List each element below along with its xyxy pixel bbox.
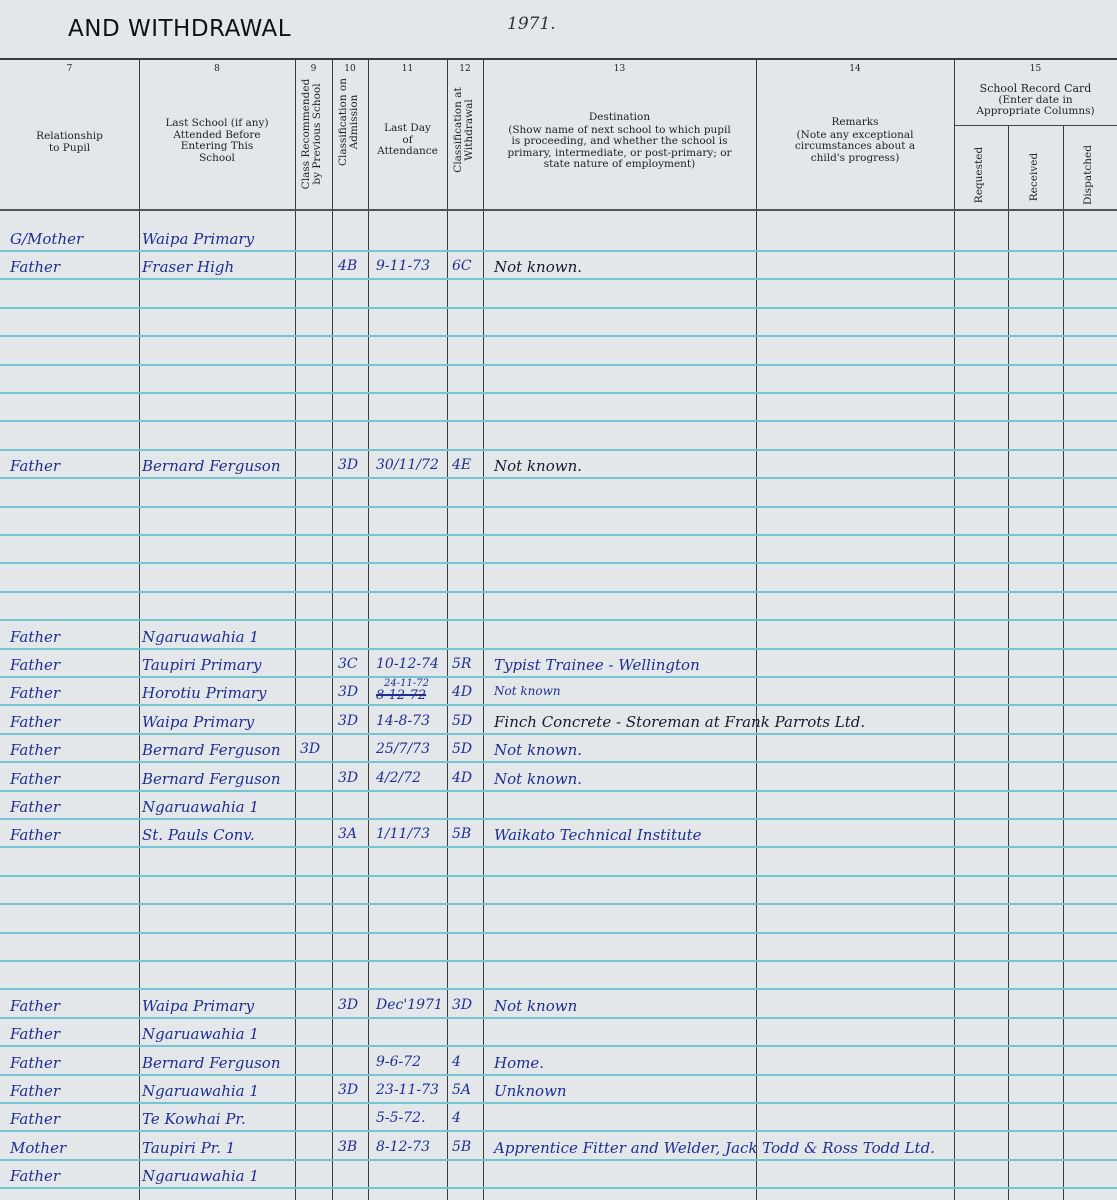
entry-last-day: 1/11/73 xyxy=(376,826,430,842)
ruled-line xyxy=(0,960,1117,962)
entry-last-school: Ngaruawahia 1 xyxy=(142,628,259,646)
entry-last-day: 4/2/72 xyxy=(376,770,421,786)
column-divider xyxy=(368,60,369,1200)
entry-relationship: Father xyxy=(10,741,60,759)
entry-class-withdrawal: 5B xyxy=(452,826,471,842)
header-line: Appropriate Columns) xyxy=(954,106,1117,118)
header-line: by Previous School xyxy=(312,67,323,201)
entry-relationship: Father xyxy=(10,798,60,816)
entry-class-withdrawal: 6C xyxy=(452,258,472,274)
entry-last-day: 24-11-72 xyxy=(384,678,429,689)
entry-class-recommended: 3D xyxy=(300,741,320,757)
header-line: School xyxy=(139,153,295,165)
entry-last-school: Taupiri Pr. 1 xyxy=(142,1139,235,1157)
header-line: Last School (if any) xyxy=(139,118,295,130)
entry-destination: Not known xyxy=(494,997,577,1015)
entry-last-day: 23-11-73 xyxy=(376,1082,439,1098)
header-line: circumstances about a xyxy=(756,141,954,153)
entry-destination: Not known. xyxy=(494,258,582,276)
ruled-line xyxy=(0,875,1117,877)
entry-destination: Apprentice Fitter and Welder, Jack Todd … xyxy=(494,1139,935,1157)
entry-last-school: Ngaruawahia 1 xyxy=(142,1025,259,1043)
column-number-14: 14 xyxy=(756,64,954,74)
entry-last-day-struck: 8-12-72 xyxy=(376,688,426,703)
ruled-line xyxy=(0,704,1117,706)
entry-last-day: 8-12-73 xyxy=(376,1139,430,1155)
entry-class-admission: 4B xyxy=(338,258,357,274)
column-number-11: 11 xyxy=(368,64,447,74)
ruled-line xyxy=(0,818,1117,820)
record-card-subheader-rule xyxy=(955,125,1117,126)
header-last-day: Last Day of Attendance xyxy=(368,123,447,158)
ruled-line xyxy=(0,1102,1117,1104)
header-received: Received xyxy=(1029,145,1043,209)
ruled-line xyxy=(0,534,1117,536)
entry-last-school: Horotiu Primary xyxy=(142,684,266,702)
entry-class-admission: 3D xyxy=(338,457,358,473)
entry-last-school: Waipa Primary xyxy=(142,230,254,248)
entry-relationship: Father xyxy=(10,1110,60,1128)
entry-last-day: 30/11/72 xyxy=(376,457,439,473)
entry-last-school: Te Kowhai Pr. xyxy=(142,1110,246,1128)
entry-relationship: Mother xyxy=(10,1139,66,1157)
ledger-page: AND WITHDRAWAL 1971. 7 8 9 10 11 12 13 1… xyxy=(0,0,1117,1200)
entry-destination: Unknown xyxy=(494,1082,567,1100)
column-number-13: 13 xyxy=(483,64,756,74)
ruled-line xyxy=(0,988,1117,990)
header-destination: Destination (Show name of next school to… xyxy=(483,112,756,171)
entry-last-school: Ngaruawahia 1 xyxy=(142,798,259,816)
ruled-line xyxy=(0,1074,1117,1076)
entry-relationship: G/Mother xyxy=(10,230,83,248)
header-line: Attendance xyxy=(368,146,447,158)
ruled-line xyxy=(0,278,1117,280)
header-title: Destination xyxy=(483,112,756,124)
ruled-line xyxy=(0,648,1117,650)
column-divider xyxy=(139,60,140,1200)
column-divider xyxy=(756,60,757,1200)
column-divider xyxy=(954,60,955,1200)
header-title: Remarks xyxy=(756,117,954,129)
ruled-line xyxy=(0,1045,1117,1047)
entry-last-day: 5-5-72. xyxy=(376,1110,426,1126)
header-school-record-card: School Record Card (Enter date in Approp… xyxy=(954,83,1117,118)
entry-last-day: 9-11-73 xyxy=(376,258,430,274)
entry-destination: Typist Trainee - Wellington xyxy=(494,656,700,674)
header-line: Entering This xyxy=(139,141,295,153)
entry-class-admission: 3D xyxy=(338,713,358,729)
entry-relationship: Father xyxy=(10,258,60,276)
header-line: state nature of employment) xyxy=(483,159,756,171)
entry-class-withdrawal: 5R xyxy=(452,656,471,672)
header-line: is proceeding, and whether the school is xyxy=(483,136,756,148)
entry-last-day: 10-12-74 xyxy=(376,656,439,672)
ruled-line xyxy=(0,1017,1117,1019)
entry-relationship: Father xyxy=(10,457,60,475)
entry-last-day: 14-8-73 xyxy=(376,713,430,729)
entry-relationship: Father xyxy=(10,1082,60,1100)
ruled-line xyxy=(0,1130,1117,1132)
entry-class-admission: 3D xyxy=(338,1082,358,1098)
column-number-7: 7 xyxy=(0,64,139,74)
header-line: child's progress) xyxy=(756,153,954,165)
entry-class-withdrawal: 4D xyxy=(452,770,472,786)
entry-relationship: Father xyxy=(10,997,60,1015)
ruled-line xyxy=(0,250,1117,252)
entry-relationship: Father xyxy=(10,770,60,788)
header-line: Relationship xyxy=(0,131,139,143)
ruled-line xyxy=(0,477,1117,479)
entry-last-school: Bernard Ferguson xyxy=(142,1054,281,1072)
ruled-line xyxy=(0,932,1117,934)
entry-last-school: Ngaruawahia 1 xyxy=(142,1167,259,1185)
entry-last-school: Bernard Ferguson xyxy=(142,770,281,788)
entry-class-withdrawal: 4D xyxy=(452,684,472,700)
entry-last-day: 9-6-72 xyxy=(376,1054,421,1070)
ruled-line xyxy=(0,591,1117,593)
header-line: Withdrawal xyxy=(464,76,475,184)
column-divider xyxy=(332,60,333,1200)
entry-class-withdrawal: 5D xyxy=(452,741,472,757)
ruled-line xyxy=(0,562,1117,564)
ruled-line xyxy=(0,733,1117,735)
ruled-line xyxy=(0,790,1117,792)
ruled-line xyxy=(0,506,1117,508)
ruled-line xyxy=(0,335,1117,337)
entry-relationship: Father xyxy=(10,684,60,702)
ruled-line xyxy=(0,1187,1117,1189)
entry-destination: Not known xyxy=(494,684,561,698)
entry-relationship: Father xyxy=(10,826,60,844)
entry-relationship: Father xyxy=(10,656,60,674)
ruled-line xyxy=(0,846,1117,848)
ruled-line xyxy=(0,1159,1117,1161)
entry-class-admission: 3A xyxy=(338,826,357,842)
ruled-line xyxy=(0,676,1117,678)
entry-last-school: Taupiri Primary xyxy=(142,656,261,674)
entry-class-withdrawal: 5B xyxy=(452,1139,471,1155)
entry-class-withdrawal: 4 xyxy=(452,1054,461,1070)
ruled-line xyxy=(0,449,1117,451)
entry-last-day: Dec'1971 xyxy=(376,997,443,1013)
entry-destination: Home. xyxy=(494,1054,544,1072)
column-divider xyxy=(1063,126,1064,1200)
entry-last-school: Bernard Ferguson xyxy=(142,457,281,475)
entry-relationship: Father xyxy=(10,1025,60,1043)
entry-destination: Waikato Technical Institute xyxy=(494,826,702,844)
ruled-line xyxy=(0,619,1117,621)
column-divider xyxy=(1008,126,1009,1200)
entry-destination: Not known. xyxy=(494,741,582,759)
entry-last-school: Bernard Ferguson xyxy=(142,741,281,759)
header-bottom-rule xyxy=(0,209,1117,211)
entry-class-admission: 3D xyxy=(338,997,358,1013)
page-title: AND WITHDRAWAL xyxy=(68,16,291,42)
entry-class-withdrawal: 4 xyxy=(452,1110,461,1126)
entry-last-school: St. Pauls Conv. xyxy=(142,826,255,844)
ruled-line xyxy=(0,364,1117,366)
header-last-school: Last School (if any) Attended Before Ent… xyxy=(139,118,295,164)
entry-class-withdrawal: 4E xyxy=(452,457,471,473)
header-classification-withdrawal: Classification at Withdrawal xyxy=(453,76,477,184)
entry-relationship: Father xyxy=(10,1167,60,1185)
ruled-line xyxy=(0,761,1117,763)
header-class-recommended: Class Recommended by Previous School xyxy=(301,67,325,201)
top-rule xyxy=(0,58,1117,60)
column-divider xyxy=(295,60,296,1200)
entry-relationship: Father xyxy=(10,1054,60,1072)
entry-class-withdrawal: 5D xyxy=(452,713,472,729)
entry-class-withdrawal: 5A xyxy=(452,1082,471,1098)
header-line: to Pupil xyxy=(0,143,139,155)
ruled-line xyxy=(0,420,1117,422)
entry-class-withdrawal: 3D xyxy=(452,997,472,1013)
header-line: School Record Card xyxy=(954,83,1117,95)
entry-class-admission: 3B xyxy=(338,1139,357,1155)
entry-last-school: Waipa Primary xyxy=(142,713,254,731)
entry-destination: Not known. xyxy=(494,457,582,475)
column-number-8: 8 xyxy=(139,64,295,74)
column-divider xyxy=(447,60,448,1200)
header-line: Last Day xyxy=(368,123,447,135)
entry-last-day: 25/7/73 xyxy=(376,741,430,757)
ruled-line xyxy=(0,307,1117,309)
entry-class-admission: 3D xyxy=(338,770,358,786)
entry-last-school: Ngaruawahia 1 xyxy=(142,1082,259,1100)
entry-relationship: Father xyxy=(10,628,60,646)
header-dispatched: Dispatched xyxy=(1083,143,1097,207)
entry-class-admission: 3C xyxy=(338,656,358,672)
handwritten-year: 1971. xyxy=(507,14,556,34)
header-classification-admission: Classification on Admission xyxy=(338,68,362,176)
column-number-12: 12 xyxy=(447,64,483,74)
header-line: Admission xyxy=(349,68,360,176)
column-divider xyxy=(483,60,484,1200)
header-remarks: Remarks (Note any exceptional circumstan… xyxy=(756,117,954,164)
ruled-line xyxy=(0,392,1117,394)
ruled-line xyxy=(0,903,1117,905)
entry-relationship: Father xyxy=(10,713,60,731)
header-relationship: Relationship to Pupil xyxy=(0,131,139,154)
entry-last-school: Fraser High xyxy=(142,258,234,276)
entry-last-school: Waipa Primary xyxy=(142,997,254,1015)
column-number-15: 15 xyxy=(954,64,1117,74)
header-requested: Requested xyxy=(974,143,988,207)
entry-destination: Not known. xyxy=(494,770,582,788)
entry-class-admission: 3D xyxy=(338,684,358,700)
entry-destination: Finch Concrete - Storeman at Frank Parro… xyxy=(494,713,865,731)
